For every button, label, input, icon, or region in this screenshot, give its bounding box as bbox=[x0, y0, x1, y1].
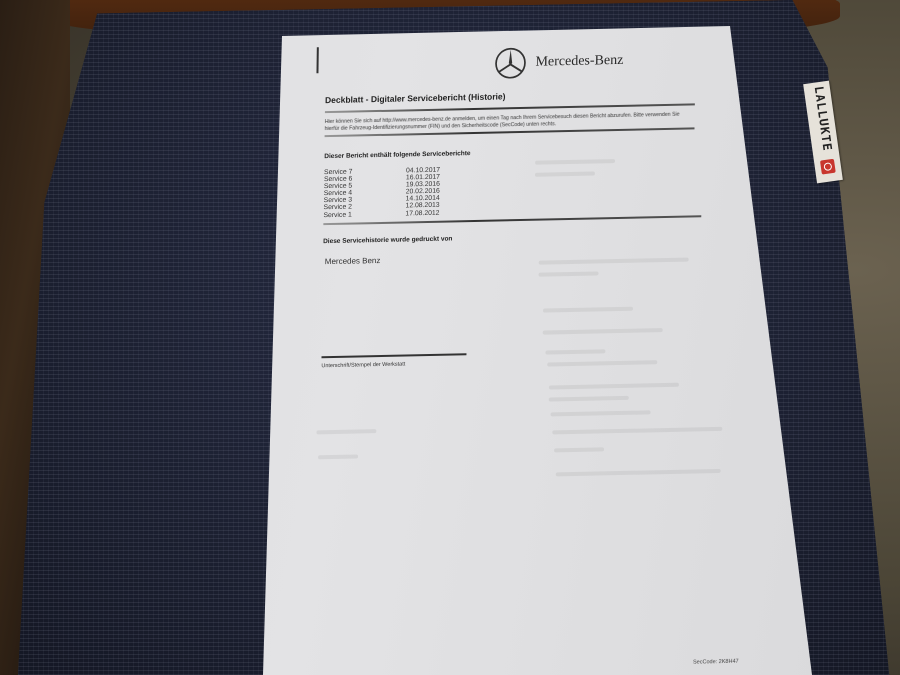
bleed-through-text bbox=[556, 469, 721, 476]
tag-logo-icon bbox=[820, 159, 836, 175]
bleed-through-text bbox=[543, 328, 663, 335]
brand-name: Mercedes-Benz bbox=[535, 53, 623, 71]
bleed-through-text bbox=[545, 349, 605, 354]
bleed-through-text bbox=[549, 396, 629, 402]
bleed-through-text bbox=[316, 429, 376, 434]
bleed-through-text bbox=[539, 258, 689, 265]
margin-mark bbox=[316, 47, 318, 73]
document-title: Deckblatt - Digitaler Servicebericht (Hi… bbox=[325, 91, 506, 105]
bleed-through-text bbox=[554, 447, 604, 452]
printed-by-value: Mercedes Benz bbox=[325, 256, 381, 266]
bleed-through-text bbox=[535, 159, 615, 165]
bleed-through-text bbox=[549, 383, 679, 390]
bleed-through-text bbox=[547, 360, 657, 366]
service-date: 17.08.2012 bbox=[405, 209, 439, 217]
fabric-tag-text: LALLUKTE bbox=[808, 85, 836, 157]
seccode: SecCode: 2K8H47 bbox=[693, 659, 739, 666]
document-content: Mercedes-Benz Deckblatt - Digitaler Serv… bbox=[273, 26, 752, 675]
service-list: Service 704.10.2017Service 616.01.2017Se… bbox=[323, 167, 440, 219]
service-row: Service 117.08.2012 bbox=[323, 209, 439, 219]
bleed-through-text bbox=[551, 410, 651, 416]
brand-header: Mercedes-Benz bbox=[493, 44, 623, 81]
mercedes-star-icon bbox=[493, 46, 527, 81]
signature-line bbox=[321, 353, 466, 358]
bleed-through-text bbox=[552, 427, 722, 435]
printed-by-heading: Diese Servicehistorie wurde gedruckt von bbox=[323, 235, 452, 245]
bleed-through-text bbox=[318, 454, 358, 459]
service-name: Service 1 bbox=[323, 210, 405, 219]
bleed-through-text bbox=[535, 171, 595, 176]
bleed-through-text bbox=[539, 271, 599, 276]
signature-label: Unterschrift/Stempel der Werkstatt bbox=[321, 361, 405, 369]
bleed-through-text bbox=[543, 307, 633, 313]
services-heading: Dieser Bericht enthält folgende Serviceb… bbox=[324, 150, 470, 160]
